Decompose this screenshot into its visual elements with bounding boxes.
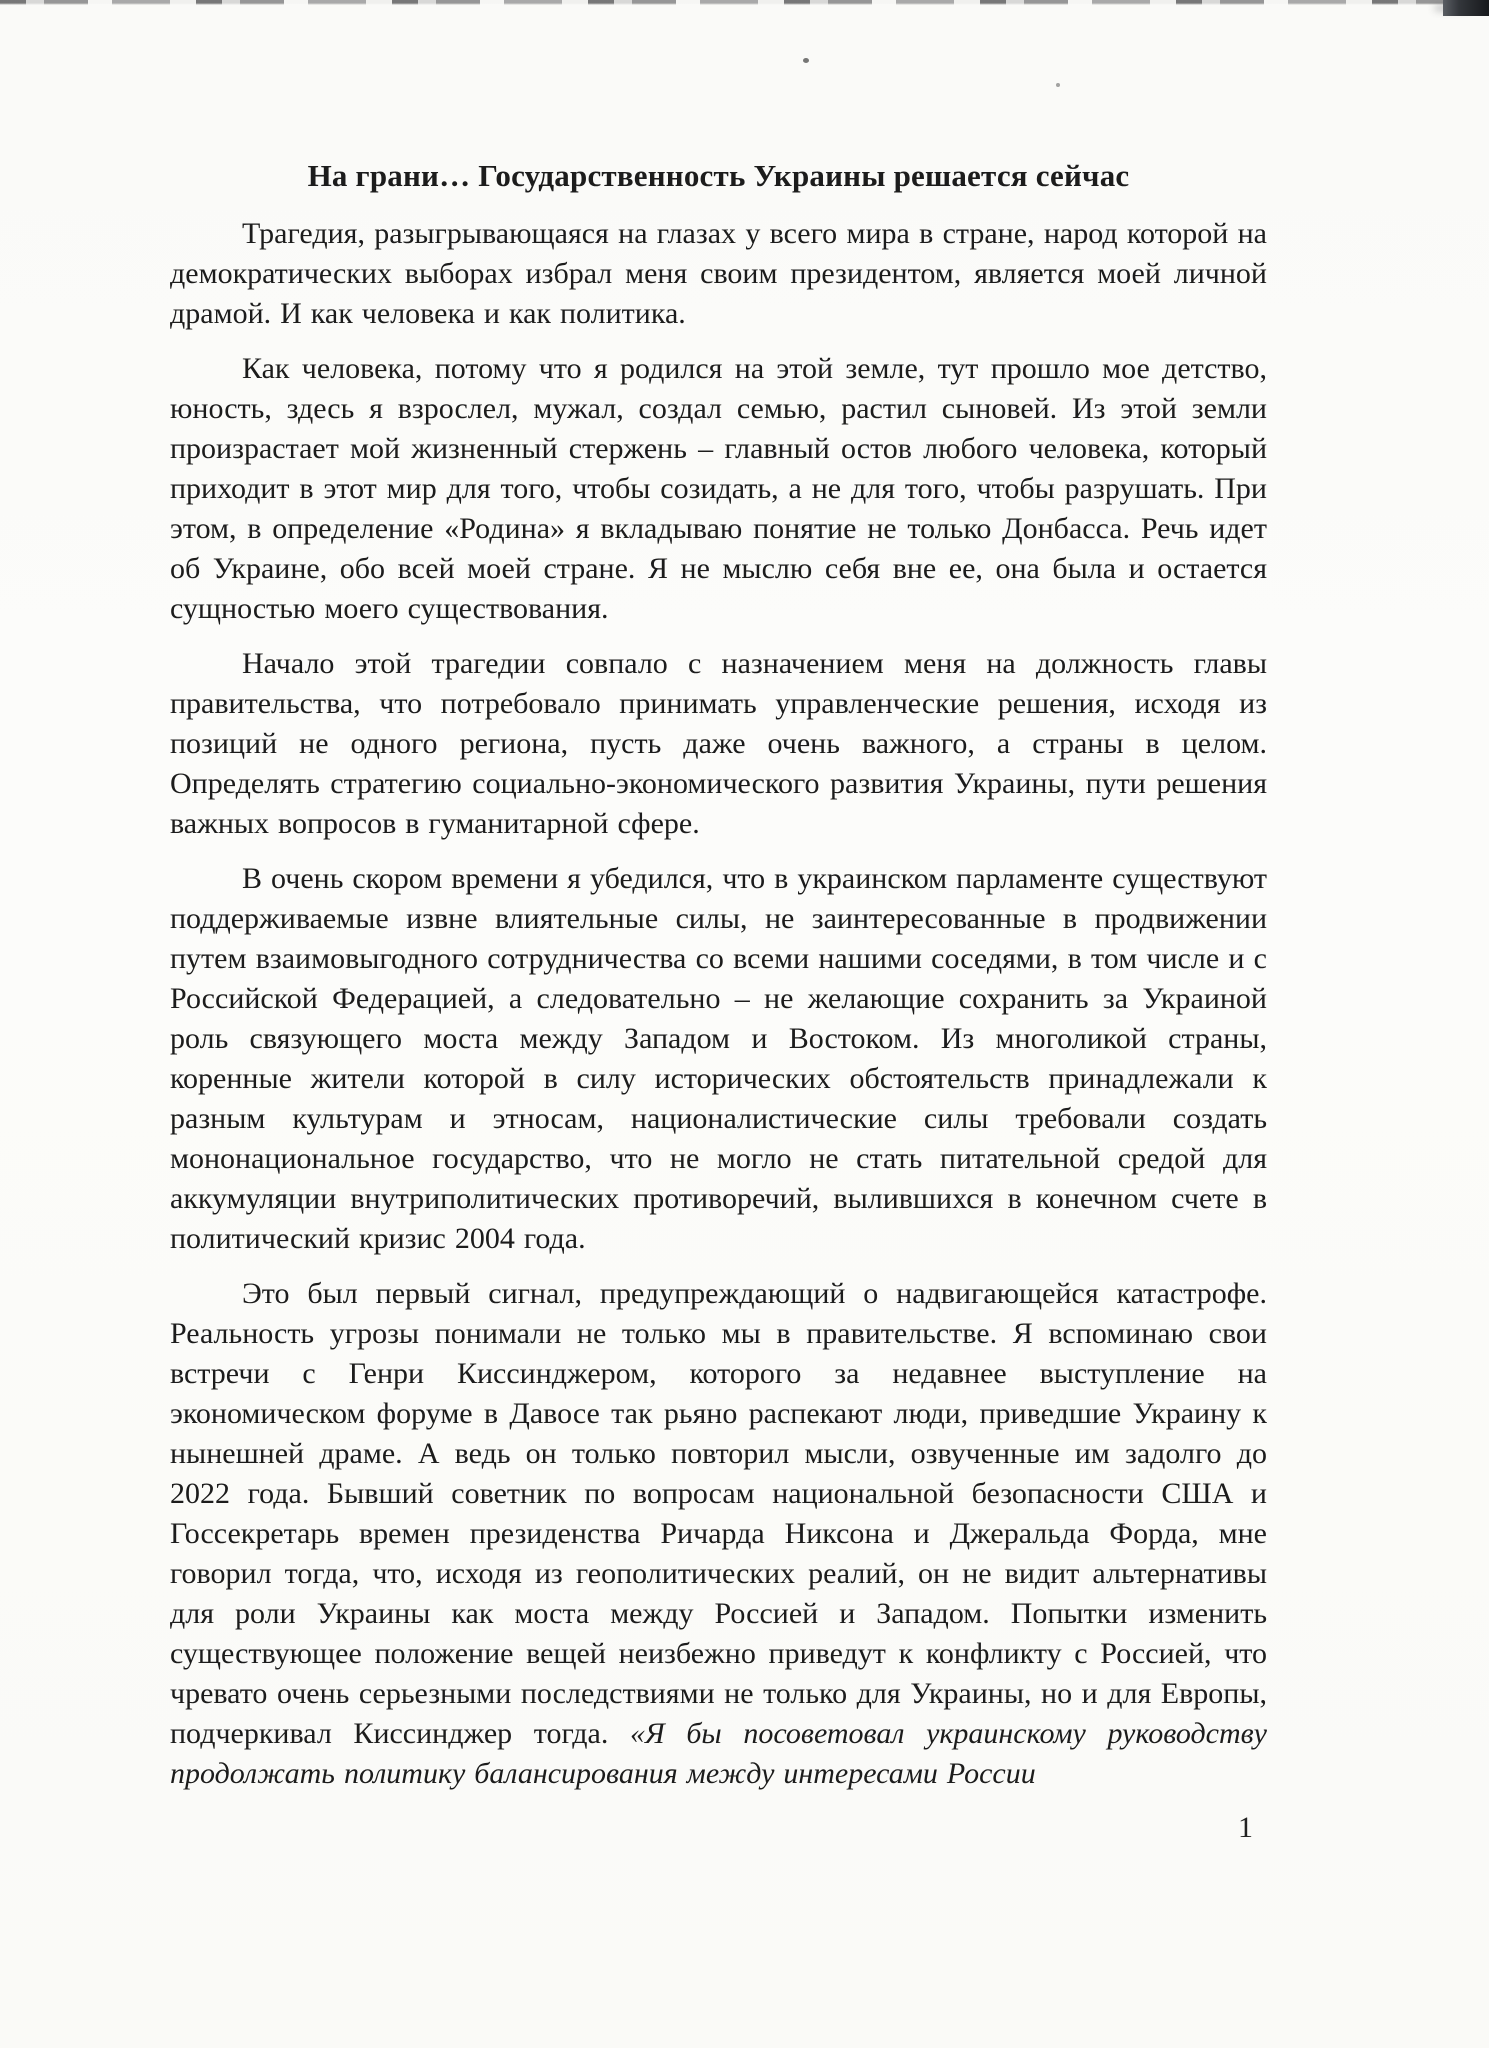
- scan-speck: [803, 58, 809, 63]
- scan-artifact-top-edge: [0, 0, 1489, 5]
- scan-speck: [1056, 83, 1060, 87]
- paragraph-5: Это был первый сигнал, предупреждающий о…: [170, 1274, 1267, 1794]
- paragraph-1: Трагедия, разыгрывающаяся на глазах у вс…: [170, 214, 1267, 334]
- document-body: На грани… Государственность Украины реша…: [170, 156, 1267, 1794]
- page-number: 1: [1238, 1808, 1253, 1848]
- document-title: На грани… Государственность Украины реша…: [170, 156, 1267, 196]
- scan-artifact-corner-block: [1443, 0, 1489, 16]
- paragraph-2: Как человека, потому что я родился на эт…: [170, 349, 1267, 629]
- paragraph-3: Начало этой трагедии совпало с назначени…: [170, 644, 1267, 844]
- scanned-document-page: На грани… Государственность Украины реша…: [0, 0, 1489, 2048]
- paragraph-5-lead: Это был первый сигнал, предупреждающий о…: [170, 1277, 1267, 1750]
- paragraph-4: В очень скором времени я убедился, что в…: [170, 859, 1267, 1259]
